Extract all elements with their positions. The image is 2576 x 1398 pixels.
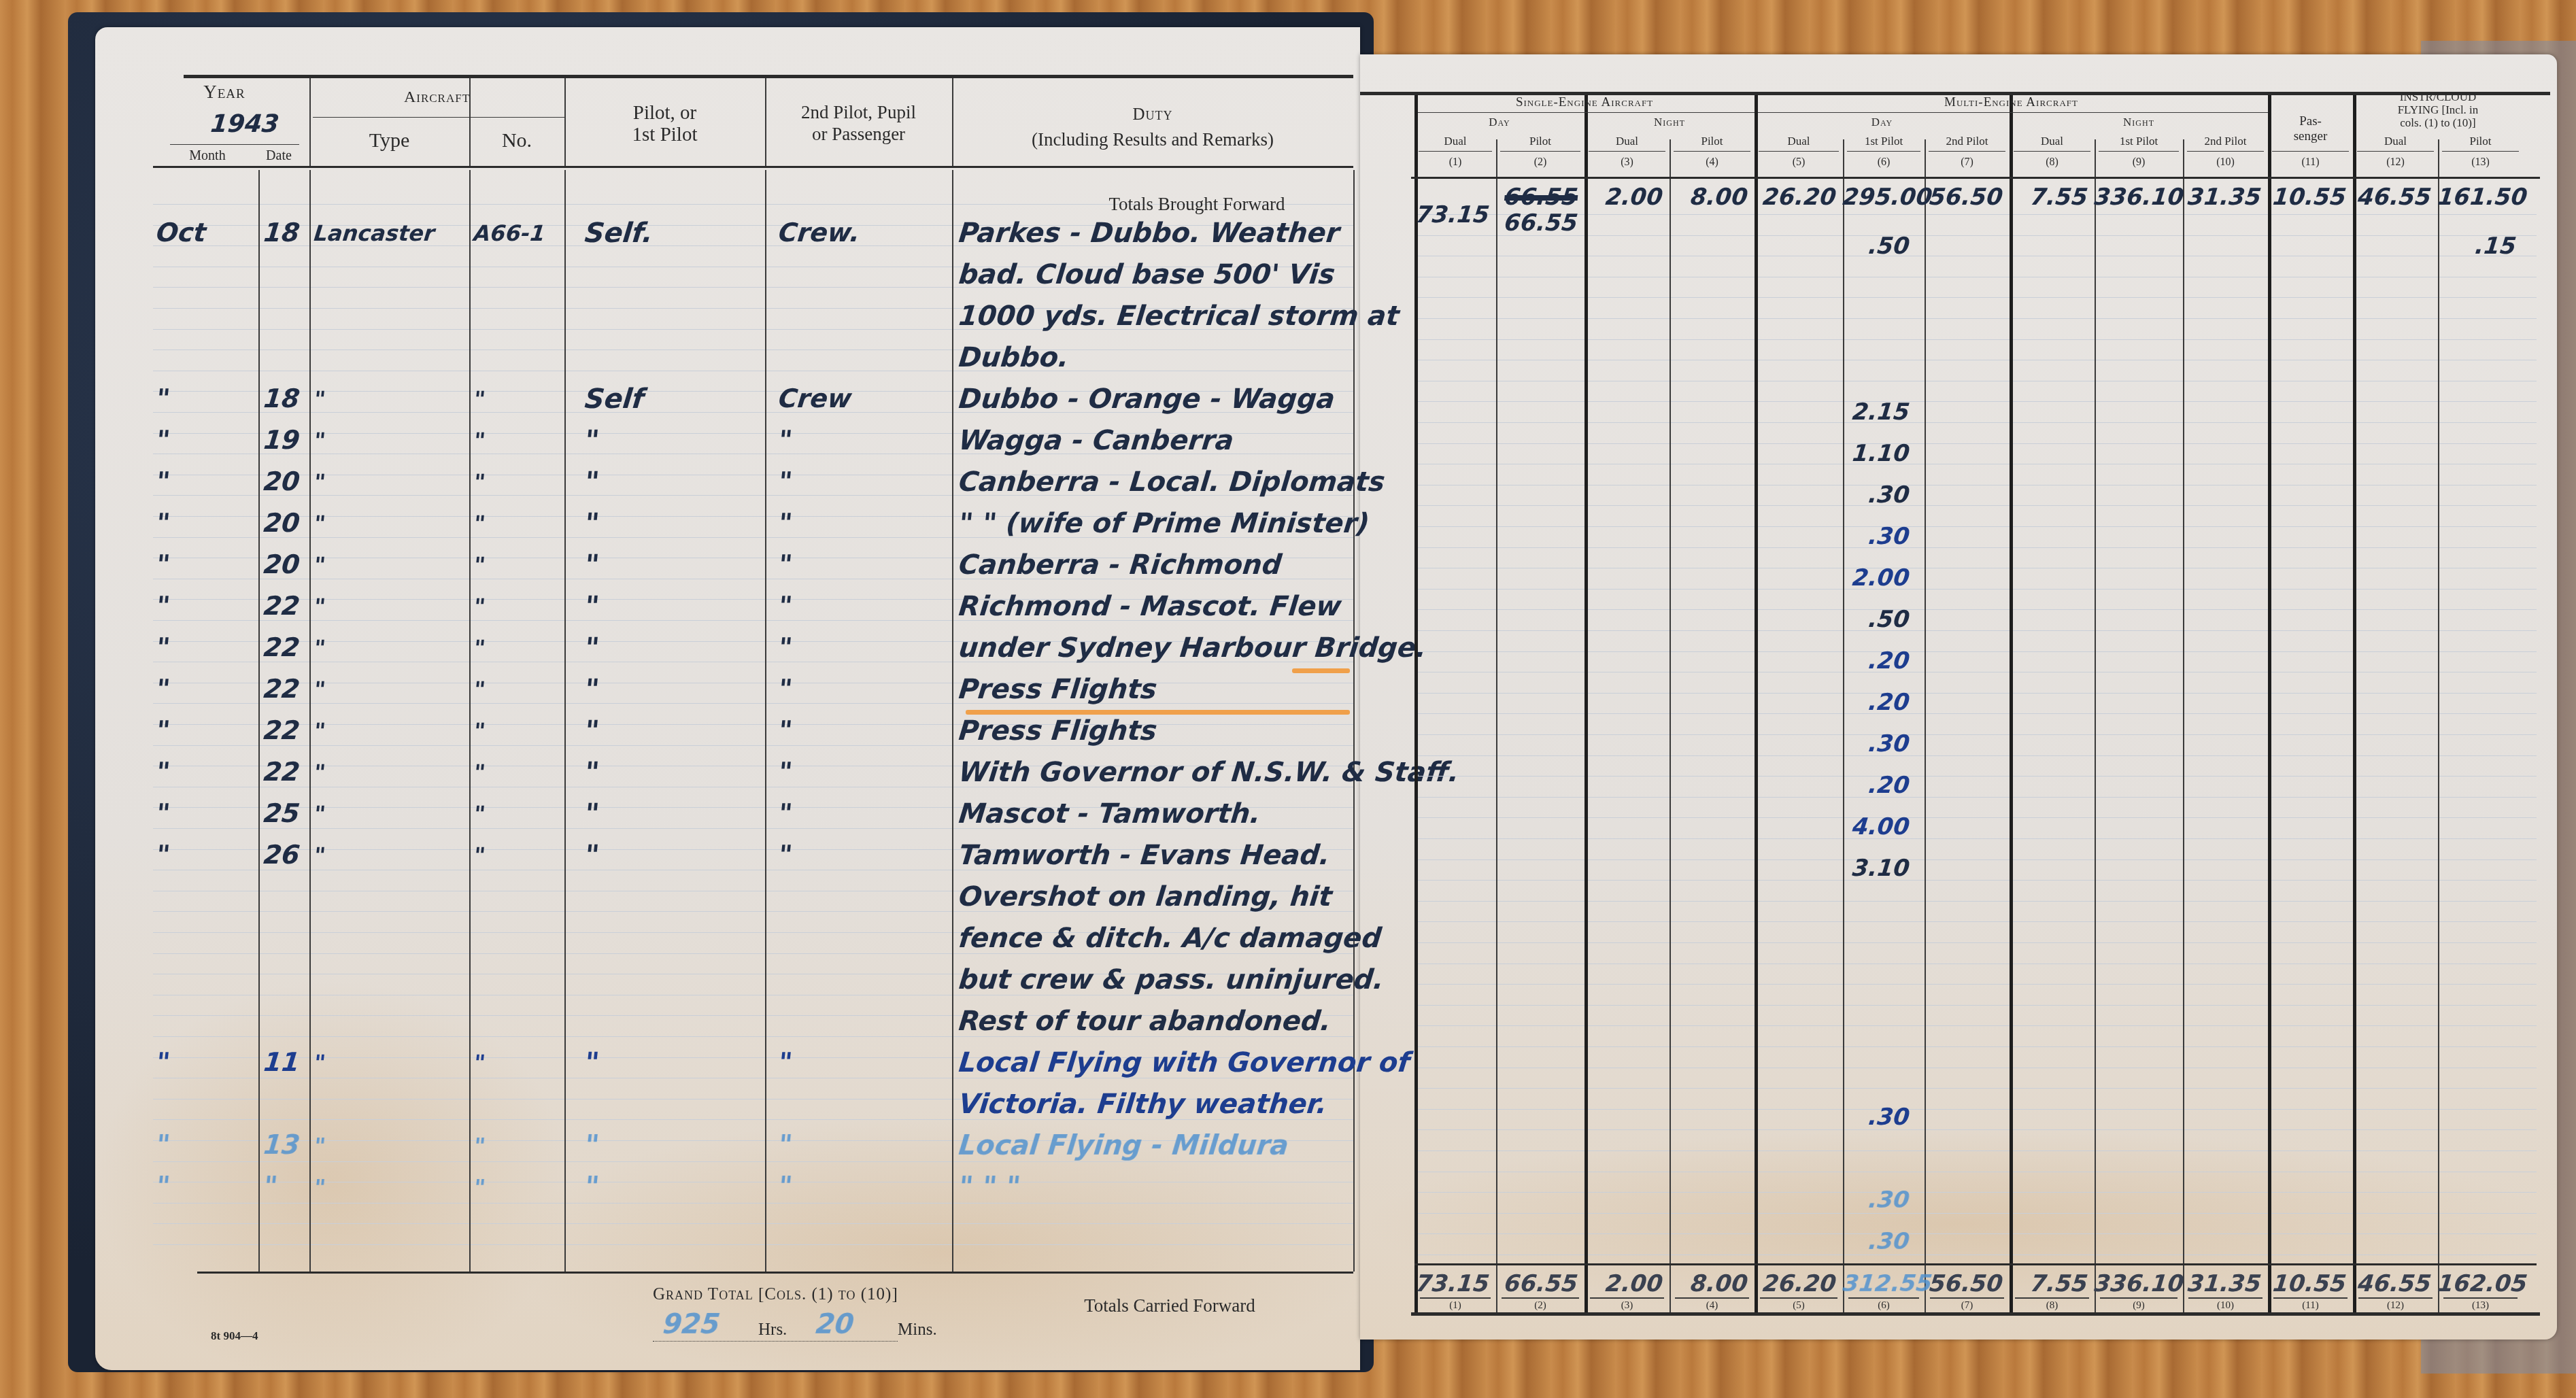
- column-label-underline: [2357, 151, 2434, 152]
- carried-forward-value: 31.35: [2182, 1270, 2263, 1297]
- ruled-line: [1414, 277, 2537, 277]
- flight-time-1st-pilot: .50: [1842, 233, 1911, 260]
- page-edge-line: [1353, 170, 1355, 1272]
- column-number: (2): [1496, 156, 1584, 169]
- column-divider: [2183, 139, 2184, 1312]
- column-divider: [2010, 95, 2013, 1312]
- carried-forward-value: 162.05: [2437, 1270, 2518, 1297]
- carried-forward-value: 26.20: [1753, 1270, 1837, 1297]
- entry-aircraft-no: A66-1: [473, 220, 547, 246]
- total-underline: [1590, 1297, 1664, 1299]
- ruled-line: [1414, 1109, 2537, 1110]
- single-engine-label: Single-Engine Aircraft: [1414, 95, 1755, 110]
- totals-carried-forward-label: Totals Carried Forward: [1061, 1295, 1278, 1316]
- column-label-underline: [1419, 151, 1492, 152]
- total-underline: [1502, 1297, 1579, 1299]
- entry-duty-line: but crew & pass. uninjured.: [957, 964, 1386, 995]
- ruled-line: [1414, 1088, 2537, 1089]
- se-divider: [1418, 112, 1755, 113]
- ruled-line: [1414, 817, 2537, 818]
- total-underline: [2015, 1297, 2089, 1299]
- column-divider: [1414, 95, 1418, 1312]
- column-number: (2): [1496, 1300, 1584, 1312]
- entry-second-pilot: Crew.: [777, 218, 862, 248]
- column-number: (4): [1670, 156, 1755, 169]
- second-pilot-label-2: or Passenger: [765, 124, 952, 145]
- flight-time-1st-pilot: .30: [1842, 730, 1911, 757]
- flight-time-1st-pilot: 2.00: [1842, 564, 1911, 592]
- column-divider: [1925, 139, 1926, 1312]
- carried-forward-value: 46.55: [2352, 1270, 2433, 1297]
- total-underline: [2188, 1297, 2263, 1299]
- entry-duty-line: under Sydney Harbour Bridge.: [957, 632, 1428, 664]
- column-label: 1st Pilot: [1843, 135, 1925, 148]
- column-label-underline: [1759, 151, 1839, 152]
- entry-date: 22: [262, 674, 302, 704]
- me-day-label: Day: [1755, 116, 2010, 129]
- ruled-line: [1414, 1046, 2537, 1047]
- entry-month: Oct: [155, 218, 208, 248]
- column-label: Pilot: [1496, 135, 1584, 148]
- column-label: 2nd Pilot: [2183, 135, 2268, 148]
- instr-label-2: FLYING [Incl. in: [2353, 103, 2523, 117]
- multi-engine-label: Multi-Engine Aircraft: [1755, 95, 2268, 110]
- ruled-line: [153, 1244, 1353, 1245]
- column-divider: [2438, 139, 2439, 1312]
- se-day-label: Day: [1414, 116, 1584, 129]
- ruled-line: [1414, 568, 2537, 568]
- entry-date: 25: [262, 798, 302, 828]
- year-divider: [170, 144, 299, 145]
- no-label: No.: [469, 129, 564, 152]
- instr-pilot-time: .15: [2437, 233, 2518, 260]
- column-divider: [309, 170, 311, 1272]
- entry-duty-line: Richmond - Mascot. Flew: [957, 591, 1343, 622]
- passenger-label-2: senger: [2268, 129, 2353, 144]
- entry-duty-line: bad. Cloud base 500' Vis: [957, 259, 1337, 290]
- header-bottom-rule: [153, 166, 1353, 168]
- ruled-line: [1414, 235, 2537, 236]
- column-number: (6): [1843, 1300, 1925, 1312]
- right-header-bottom-rule: [1411, 177, 2540, 179]
- column-label: Dual: [1414, 135, 1496, 148]
- ruled-line: [153, 703, 1353, 704]
- column-number: (7): [1925, 156, 2010, 169]
- entry-date: 11: [262, 1047, 302, 1077]
- entry-duty-line: Dubbo.: [957, 342, 1070, 373]
- ruled-line: [1414, 1255, 2537, 1255]
- carried-forward-value: 66.55: [1495, 1270, 1579, 1297]
- total-underline: [2273, 1297, 2348, 1299]
- brought-forward-value: 295.00: [1842, 184, 1919, 211]
- pilot-label-1: Pilot, or: [564, 102, 765, 124]
- ruled-line: [1414, 339, 2537, 340]
- total-underline: [2443, 1297, 2518, 1299]
- column-divider: [564, 170, 566, 1272]
- column-number: (8): [2010, 156, 2095, 169]
- flight-time-1st-pilot: .20: [1842, 772, 1911, 799]
- brought-forward-value: 7.55: [2008, 184, 2089, 211]
- total-underline: [1848, 1297, 1919, 1299]
- entry-date: 20: [262, 508, 302, 538]
- aircraft-divider: [313, 117, 564, 118]
- entry-date: 22: [262, 591, 302, 621]
- se-night-label: Night: [1584, 116, 1755, 129]
- ruled-line: [1414, 901, 2537, 902]
- ruled-line: [1414, 1172, 2537, 1172]
- entry-date: 22: [262, 632, 302, 662]
- entry-date: 20: [262, 549, 302, 579]
- total-underline: [1760, 1297, 1837, 1299]
- ruled-line: [1414, 1150, 2537, 1151]
- entry-duty-line: Parkes - Dubbo. Weather: [957, 218, 1342, 249]
- column-divider: [1496, 139, 1497, 1312]
- column-label-underline: [1500, 151, 1580, 152]
- brought-forward-value: 336.10: [2093, 184, 2177, 211]
- column-number: (13): [2438, 156, 2523, 169]
- ruled-line: [1414, 256, 2537, 256]
- instr-label-3: cols. (1) to (10)]: [2353, 116, 2523, 130]
- ruled-line: [1414, 381, 2537, 381]
- brought-forward-value: 66.55: [1495, 184, 1579, 211]
- entry-duty-line: Wagga - Canberra: [957, 425, 1236, 456]
- entry-duty-line: fence & ditch. A/c damaged: [957, 923, 1383, 954]
- grand-total-hours: 925: [662, 1309, 722, 1340]
- entry-duty-line: Canberra - Richmond: [957, 549, 1283, 581]
- footer-rule: [197, 1272, 1353, 1274]
- column-number: (6): [1843, 156, 1925, 169]
- date-label: Date: [252, 148, 306, 164]
- ruled-line: [1414, 443, 2537, 444]
- carried-forward-value: 7.55: [2008, 1270, 2089, 1297]
- ruled-line: [1414, 1129, 2537, 1130]
- ruled-line: [1414, 464, 2537, 464]
- aircraft-label: Aircraft: [309, 88, 564, 107]
- entry-second-pilot: Crew: [777, 383, 853, 413]
- entry-duty-line: Dubbo - Orange - Wagga: [957, 383, 1337, 415]
- column-divider: [1843, 139, 1844, 1312]
- flight-time-1st-pilot: 2.15: [1842, 398, 1911, 426]
- ruled-line: [1414, 485, 2537, 485]
- ruled-line: [1414, 630, 2537, 631]
- entry-duty-line: Canberra - Local. Diplomats: [957, 466, 1387, 498]
- ruled-line: [1414, 964, 2537, 964]
- column-label-underline: [2442, 151, 2519, 152]
- entry-duty-line: " " ": [957, 1172, 1022, 1203]
- carried-forward-value: 10.55: [2267, 1270, 2348, 1297]
- column-number: (9): [2095, 156, 2183, 169]
- column-label-underline: [1929, 151, 2005, 152]
- instr-label-1: INSTR/CLOUD: [2353, 90, 2523, 104]
- ruled-line: [1414, 651, 2537, 652]
- column-number: (9): [2095, 1300, 2183, 1312]
- year-label: Year: [180, 82, 269, 103]
- ruled-line: [1414, 422, 2537, 423]
- carried-forward-value: 312.55: [1842, 1270, 1919, 1297]
- me-night-label: Night: [2010, 116, 2268, 129]
- column-divider: [469, 170, 471, 1272]
- pilot-label-2: 1st Pilot: [564, 124, 765, 146]
- duty-label: Duty: [952, 105, 1353, 124]
- brought-forward-value: 10.55: [2267, 184, 2348, 211]
- flight-time-1st-pilot: .30: [1842, 1104, 1911, 1131]
- column-number: (7): [1925, 1300, 2010, 1312]
- flight-time-1st-pilot: 3.10: [1842, 855, 1911, 882]
- entry-date: 22: [262, 715, 302, 745]
- ruled-line: [1414, 609, 2537, 610]
- ruled-line: [1414, 797, 2537, 798]
- brought-forward-value: 8.00: [1668, 184, 1749, 211]
- ruled-line: [1414, 1068, 2537, 1068]
- entry-date: 20: [262, 466, 302, 496]
- duty-sublabel: (Including Results and Remarks): [952, 129, 1353, 150]
- header-top-rule: [184, 75, 1353, 78]
- ruled-line: [1414, 942, 2537, 943]
- ruled-line: [1414, 526, 2537, 527]
- column-label: Dual: [1584, 135, 1670, 148]
- column-number: (3): [1584, 156, 1670, 169]
- brought-forward-value: 46.55: [2352, 184, 2433, 211]
- column-divider: [1755, 95, 1758, 1312]
- entry-pilot: Self.: [583, 218, 655, 249]
- ruled-line: [1414, 921, 2537, 922]
- column-number: (12): [2353, 1300, 2438, 1312]
- entry-date: 19: [262, 425, 302, 455]
- column-label-underline: [2272, 151, 2349, 152]
- passenger-label-1: Pas-: [2268, 114, 2353, 129]
- carried-forward-value: 2.00: [1583, 1270, 1664, 1297]
- ruled-line: [1414, 1192, 2537, 1193]
- right-page: [1360, 54, 2557, 1340]
- ruled-line: [1414, 1005, 2537, 1006]
- brought-forward-value: 73.15: [1413, 201, 1491, 228]
- corrected-value: 66.55: [1495, 209, 1579, 237]
- ruled-line: [1414, 672, 2537, 672]
- ruled-line: [1414, 693, 2537, 694]
- total-underline: [1675, 1297, 1749, 1299]
- column-label-underline: [1589, 151, 1665, 152]
- highlight-mark: [966, 710, 1350, 715]
- column-number: (11): [2268, 1300, 2353, 1312]
- total-underline: [1930, 1297, 2004, 1299]
- ruled-line: [153, 1182, 1353, 1182]
- ruled-line: [1414, 1213, 2537, 1214]
- column-divider: [765, 170, 766, 1272]
- total-underline: [2358, 1297, 2433, 1299]
- ruled-line: [1414, 880, 2537, 881]
- ruled-line: [153, 1223, 1353, 1224]
- column-number: (3): [1584, 1300, 1670, 1312]
- column-divider: [1584, 95, 1588, 1312]
- second-pilot-label-1: 2nd Pilot, Pupil: [765, 102, 952, 123]
- column-divider: [2268, 95, 2271, 1312]
- ruled-line: [1414, 401, 2537, 402]
- entry-duty-line: Mascot - Tamworth.: [957, 798, 1262, 830]
- entry-date: 13: [262, 1130, 302, 1160]
- entry-pilot: Self: [583, 383, 646, 415]
- mins-label: Mins.: [898, 1320, 945, 1340]
- ruled-line: [1414, 1233, 2537, 1234]
- brought-forward-value: 26.20: [1753, 184, 1837, 211]
- ruled-line: [1414, 360, 2537, 360]
- ruled-line: [153, 683, 1353, 683]
- column-divider: [1670, 139, 1671, 1312]
- month-label: Month: [173, 148, 241, 164]
- flight-time-1st-pilot: .50: [1842, 606, 1911, 633]
- column-label: Pilot: [1670, 135, 1755, 148]
- brought-forward-value: 161.50: [2437, 184, 2518, 211]
- column-number: (1): [1414, 1300, 1496, 1312]
- column-divider: [2095, 139, 2096, 1312]
- column-divider: [258, 170, 260, 1272]
- column-label-underline: [1847, 151, 1920, 152]
- ruled-line: [1414, 713, 2537, 714]
- column-label-underline: [2187, 151, 2264, 152]
- ruled-line: [1414, 859, 2537, 860]
- carried-forward-value: 73.15: [1413, 1270, 1491, 1297]
- entry-date: 18: [262, 383, 302, 413]
- column-label-underline: [1674, 151, 1750, 152]
- form-number: 8t 904—4: [211, 1329, 292, 1343]
- column-number: (4): [1670, 1300, 1755, 1312]
- flight-time-1st-pilot: .20: [1842, 647, 1911, 675]
- total-dotted-line: [653, 1341, 898, 1342]
- entry-duty-line: 1000 yds. Electrical storm at: [957, 301, 1401, 332]
- entry-duty-line: Overshot on landing, hit: [957, 881, 1334, 913]
- brought-forward-value: 56.50: [1923, 184, 2004, 211]
- column-number: (13): [2438, 1300, 2523, 1312]
- column-label-underline: [2014, 151, 2090, 152]
- hrs-label: Hrs.: [758, 1320, 792, 1340]
- column-number: (1): [1414, 156, 1496, 169]
- ruled-line: [1414, 297, 2537, 298]
- carried-forward-bottom-rule: [1411, 1312, 2540, 1316]
- me-divider: [1758, 112, 2268, 113]
- ruled-line: [153, 724, 1353, 725]
- column-number: (5): [1755, 156, 1843, 169]
- ruled-line: [1414, 505, 2537, 506]
- flight-time-1st-pilot: 4.00: [1842, 813, 1911, 840]
- column-divider: [952, 170, 953, 1272]
- flight-time-1st-pilot: .20: [1842, 689, 1911, 716]
- type-label: Type: [309, 129, 469, 152]
- ruled-line: [153, 371, 1353, 371]
- column-label: 2nd Pilot: [1925, 135, 2010, 148]
- column-number: (5): [1755, 1300, 1843, 1312]
- entry-duty-line: Press Flights: [957, 674, 1159, 705]
- total-underline: [1420, 1297, 1491, 1299]
- entry-duty-line: " " (wife of Prime Minister): [957, 508, 1372, 539]
- carried-forward-value: 8.00: [1668, 1270, 1749, 1297]
- column-label: 1st Pilot: [2095, 135, 2183, 148]
- column-number: (11): [2268, 156, 2353, 169]
- total-underline: [2100, 1297, 2177, 1299]
- ruled-line: [1414, 755, 2537, 756]
- ruled-line: [1414, 1025, 2537, 1026]
- column-number: (8): [2010, 1300, 2095, 1312]
- entry-duty-line: Local Flying - Mildura: [957, 1130, 1291, 1161]
- entry-duty-line: Press Flights: [957, 715, 1159, 747]
- entry-duty-line: With Governor of N.S.W. & Staff.: [957, 757, 1461, 788]
- entry-date: 26: [262, 840, 302, 870]
- ruled-line: [1414, 589, 2537, 590]
- column-label: Pilot: [2438, 135, 2523, 148]
- flight-time-1st-pilot: 1.10: [1842, 440, 1911, 467]
- column-label: Dual: [1755, 135, 1843, 148]
- ruled-line: [153, 349, 1353, 350]
- entry-aircraft-type: Lancaster: [313, 220, 436, 246]
- totals-brought-forward-label: Totals Brought Forward: [1061, 194, 1333, 215]
- entry-duty-line: Victoria. Filthy weather.: [957, 1089, 1329, 1120]
- column-label: Dual: [2353, 135, 2438, 148]
- ruled-line: [1414, 214, 2537, 215]
- year-value: 1943: [209, 110, 281, 138]
- carried-forward-value: 56.50: [1923, 1270, 2004, 1297]
- column-number: (10): [2183, 156, 2268, 169]
- ruled-line: [1414, 318, 2537, 319]
- column-number: (10): [2183, 1300, 2268, 1312]
- flight-time-1st-pilot: .30: [1842, 523, 1911, 550]
- ruled-line: [1414, 984, 2537, 985]
- flight-time-1st-pilot: .30: [1842, 1228, 1911, 1255]
- grand-total-minutes: 20: [815, 1309, 856, 1340]
- column-divider: [2353, 95, 2356, 1312]
- brought-forward-value: 2.00: [1583, 184, 1664, 211]
- ruled-line: [1414, 547, 2537, 548]
- flight-time-1st-pilot: .30: [1842, 1187, 1911, 1214]
- entry-duty-line: Rest of tour abandoned.: [957, 1006, 1333, 1037]
- brought-forward-value: 31.35: [2182, 184, 2263, 211]
- ruled-line: [1414, 776, 2537, 777]
- flight-time-1st-pilot: .30: [1842, 481, 1911, 509]
- entry-duty-line: Tamworth - Evans Head.: [957, 840, 1332, 871]
- column-label: Dual: [2010, 135, 2095, 148]
- ruled-line: [153, 1203, 1353, 1204]
- entry-date: 18: [262, 218, 302, 248]
- column-label-underline: [2099, 151, 2179, 152]
- grand-total-label: Grand Total [Cols. (1) to (10)]: [653, 1285, 952, 1304]
- carried-forward-top-rule: [1414, 1263, 2537, 1265]
- entry-duty-line: Local Flying with Governor of: [957, 1047, 1412, 1078]
- carried-forward-value: 336.10: [2093, 1270, 2177, 1297]
- highlight-mark: [1292, 668, 1350, 673]
- ruled-line: [153, 745, 1353, 746]
- ruled-line: [1414, 838, 2537, 839]
- ruled-line: [1414, 734, 2537, 735]
- column-number: (12): [2353, 156, 2438, 169]
- entry-date: 22: [262, 757, 302, 787]
